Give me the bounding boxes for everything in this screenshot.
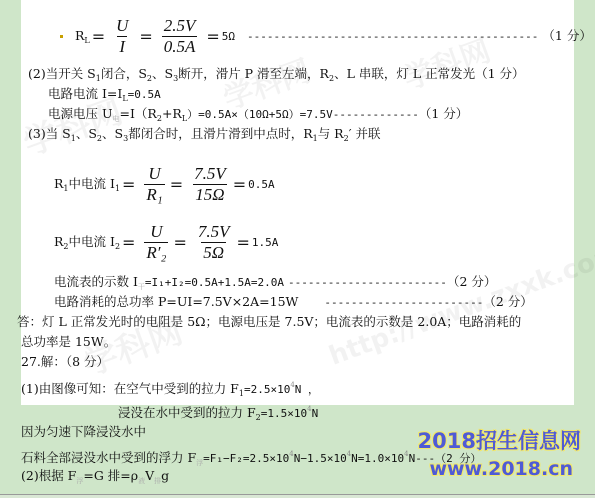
- answer-line-2: 总功率是 15W。: [21, 334, 116, 350]
- text: N: [312, 407, 319, 420]
- numerator: U: [148, 222, 164, 242]
- text: ）=0.5A×（10Ω+5Ω）=7.5V-------------: [187, 108, 419, 121]
- score: （2 分）: [483, 294, 532, 309]
- text: (3)当 S: [28, 126, 71, 141]
- q27-step2: (2)根据 F浮=G 排=ρ液V排g: [21, 468, 169, 489]
- q27-title: 27.解：（8 分）: [21, 354, 109, 370]
- answer-line-1: 答：灯 L 正常发光时的电阻是 5Ω；电源电压是 7.5V；电流表的示数是 2.…: [17, 314, 521, 330]
- part3-power: 电路消耗的总功率 P=UI=7.5V×2A=15W --------------…: [54, 294, 533, 311]
- subscript: 1: [115, 184, 120, 193]
- result: 0.5A: [248, 178, 275, 191]
- text: R: [54, 234, 63, 249]
- brand-title: 2018招生信息网: [418, 425, 581, 455]
- text: =1.5×10: [261, 407, 307, 420]
- text: 中电流 I: [69, 176, 115, 191]
- part2-current: 电路电流 I=IL=0.5A: [48, 86, 161, 107]
- q27-because: 因为匀速下降浸没水中: [21, 424, 146, 440]
- text: (2)根据 F: [21, 468, 76, 483]
- score: （1 分）: [542, 28, 591, 43]
- text: 、S: [102, 126, 123, 141]
- denominator: R′₂: [144, 242, 168, 263]
- symbol: R: [75, 28, 84, 43]
- dashes: ------------------------: [324, 296, 483, 309]
- text: V: [145, 468, 154, 483]
- text: =I₁+I₂=0.5A+1.5A=2.0A: [145, 276, 284, 289]
- q27-step1b: 浸没在水中受到的拉力 F2=1.5×104N: [118, 401, 318, 426]
- subscript: L: [84, 36, 89, 45]
- part3-i2: R2中电流 I2= UR′₂= 7.5V5Ω=1.5A: [54, 222, 278, 263]
- part2-intro: (2)当开关 S1闭合，S2、S3断开，滑片 P 滑至左端，R2、L 串联，灯 …: [28, 66, 525, 87]
- denominator: R₁: [144, 184, 164, 205]
- text: ′ 并联: [349, 126, 381, 141]
- text: (2)当开关 S: [28, 66, 96, 81]
- subscript: 电: [113, 115, 120, 123]
- denominator: 15Ω: [193, 184, 226, 205]
- q27-step1a: (1)由图像可知：在空气中受到的拉力 F1=2.5×104N ，: [21, 377, 319, 402]
- text: 、L 串联，灯 L 正常发光（1 分）: [334, 66, 524, 81]
- score: （2 分）: [447, 274, 496, 289]
- numerator: U: [146, 164, 162, 184]
- text: 、S: [76, 126, 97, 141]
- denominator: 0.5A: [162, 36, 198, 57]
- text: 电路电流 I=I: [48, 86, 122, 101]
- bullet-dot: [60, 35, 63, 38]
- text: =G 排=ρ: [83, 468, 138, 483]
- part3-i1: R1中电流 I1= UR₁= 7.5V15Ω=0.5A: [54, 164, 275, 205]
- denominator: 5Ω: [201, 242, 226, 263]
- fraction: UR′₂: [144, 222, 168, 263]
- part2-voltage: 电源电压 U电=I（R2+RL）=0.5A×（10Ω+5Ω）=7.5V-----…: [48, 106, 468, 127]
- text: g: [161, 468, 169, 483]
- text: 电源电压 U: [48, 106, 113, 121]
- score: （1 分）: [419, 106, 468, 121]
- numerator: U: [114, 16, 130, 36]
- numerator: 7.5V: [192, 164, 228, 184]
- text: =2.5×10: [244, 383, 290, 396]
- text: 都闭合时，且滑片滑到中点时，R: [128, 126, 312, 141]
- text: R: [54, 176, 63, 191]
- text: N ，: [295, 383, 319, 396]
- fraction: 2.5V0.5A: [162, 16, 198, 57]
- text: 电路消耗的总功率 P=UI=7.5V×2A=15W: [54, 294, 298, 309]
- part3-intro: (3)当 S1、S2、S3都闭合时，且滑片滑到中点时，R1与 R2′ 并联: [28, 126, 381, 147]
- text: 闭合，S: [101, 66, 147, 81]
- horizontal-scrollbar[interactable]: [0, 494, 595, 498]
- dashes: ------------------------: [288, 276, 447, 289]
- subscript: 干: [138, 283, 145, 291]
- text: 电流表的示数 I: [54, 274, 138, 289]
- text: 中电流 I: [69, 234, 115, 249]
- numerator: 7.5V: [196, 222, 232, 242]
- part3-ammeter: 电流表的示数 I干=I₁+I₂=0.5A+1.5A=2.0A ---------…: [54, 274, 496, 295]
- text: =F₁−F₂=2.5×10: [203, 452, 289, 465]
- text: +R: [162, 106, 182, 121]
- text: =I（R: [120, 106, 157, 121]
- text: 断开，滑片 P 滑至左端，R: [178, 66, 329, 81]
- text: (1)由图像可知：在空气中受到的拉力 F: [21, 381, 239, 396]
- dashes: ----------------------------------------…: [247, 30, 538, 43]
- result: 1.5A: [252, 236, 279, 249]
- result: 5Ω: [222, 30, 235, 43]
- subscript: 2: [115, 242, 120, 251]
- fraction: 7.5V5Ω: [196, 222, 232, 263]
- brand-url[interactable]: www.2018.cn: [429, 458, 573, 480]
- fraction: UR₁: [144, 164, 164, 205]
- denominator: I: [117, 36, 127, 57]
- text: 浸没在水中受到的拉力 F: [118, 405, 256, 420]
- text: N=1.0×10: [351, 452, 404, 465]
- value: =0.5A: [128, 88, 161, 101]
- text: 与 R: [318, 126, 344, 141]
- text: 、S: [152, 66, 173, 81]
- text: N−1.5×10: [294, 452, 347, 465]
- text: 石料全部浸没水中受到的浮力 F: [21, 450, 196, 465]
- fraction: 7.5V15Ω: [192, 164, 228, 205]
- formula-r-l: RL= UI = 2.5V0.5A =5Ω ------------------…: [60, 16, 592, 57]
- fraction: UI: [114, 16, 130, 57]
- numerator: 2.5V: [162, 16, 198, 36]
